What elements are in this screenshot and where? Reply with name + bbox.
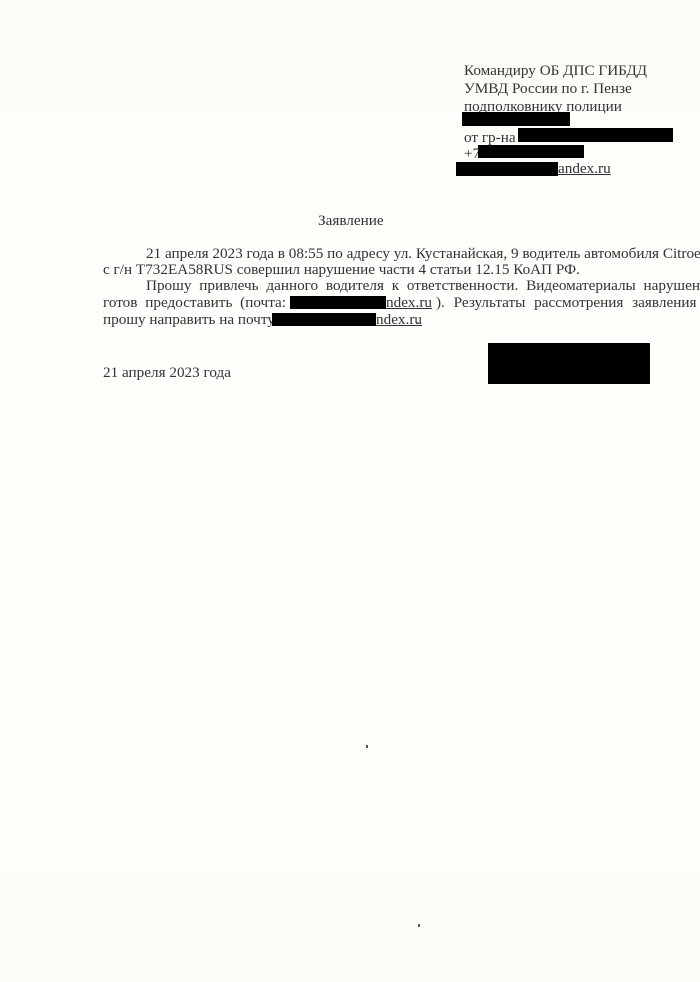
scan-speck [366, 745, 368, 748]
addressee-line-1: Командиру ОБ ДПС ГИБДД [464, 62, 647, 80]
redacted-phone [478, 145, 584, 158]
document-title: Заявление [318, 212, 384, 230]
footer-date: 21 апреля 2023 года [103, 364, 231, 382]
scan-speck [418, 924, 420, 927]
email-suffix-inline-1: ndex.ru [386, 294, 432, 312]
paragraph-2-line-1: Прошу привлечь данного водителя к ответс… [146, 277, 700, 295]
document-page: Командиру ОБ ДПС ГИБДД УМВД России по г.… [0, 0, 700, 982]
redacted-email [456, 162, 558, 176]
paragraph-2-line-2-start: готов предоставить (почта: [103, 294, 286, 312]
redacted-signature [488, 343, 650, 384]
addressee-line-2: УМВД России по г. Пензе [464, 80, 632, 98]
paragraph-2-line-2-end: ). Результаты рассмотрения заявления [436, 294, 696, 312]
redacted-applicant-name [518, 128, 673, 142]
redacted-officer-name [462, 112, 570, 126]
email-suffix: andex.ru [558, 160, 611, 178]
paragraph-2-line-3-start: прошу направить на почту [103, 311, 275, 329]
redacted-email-inline-1 [290, 296, 386, 309]
paragraph-2-line-3-end: . [416, 311, 420, 329]
redacted-email-inline-2 [272, 313, 376, 326]
